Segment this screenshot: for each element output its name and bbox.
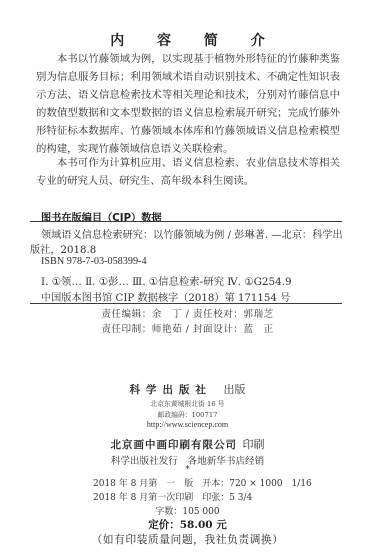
printer-action: 印刷 (243, 438, 265, 451)
word-count: 字数：105 000 (0, 504, 375, 517)
cip-classification: Ⅰ. ①领… Ⅱ. ①彭… Ⅲ. ①信息检索-研究 Ⅳ. ①G254.9 (41, 273, 292, 288)
cip-entry-line-2: 版社，2018.8 (30, 241, 96, 256)
cip-bottom-divider (30, 303, 342, 304)
publisher-action: 出版 (224, 384, 246, 396)
printer-line: 北京画中画印刷有限公司 印刷 (0, 436, 375, 452)
publisher-website: http://www.sciencep.com (0, 420, 375, 429)
publisher-name: 科学出版社 (130, 384, 213, 396)
publisher-postcode: 邮政编码：100717 (0, 409, 375, 419)
printer-name: 北京画中画印刷有限公司 (111, 439, 238, 451)
responsibility-production: 责任印制：师艳茹 / 封面设计：蓝 正 (0, 321, 375, 335)
responsibility-editors: 责任编辑：余 丁 / 责任校对：郭瑞芝 (0, 306, 375, 320)
summary-paragraph-2: 本书可作为计算机应用、语义信息检索、农业信息技术等相关专业的研究人员、研究生、高… (36, 154, 340, 190)
summary-title: 内 容 简 介 (0, 30, 375, 50)
cip-number: 中国版本图书馆 CIP 数据核字（2018）第 171154 号 (41, 289, 290, 304)
price: 定价：58.00 元 (0, 517, 375, 532)
cip-entry-line-1: 领域语义信息检索研究：以竹藤领域为例 / 彭琳著. —北京：科学出 (41, 226, 343, 241)
quality-notice: （如有印装质量问题，我社负责调换） (0, 532, 375, 547)
edition-line-2: 2018 年 8 月第一次印刷 印张：5 3/4 (93, 490, 252, 503)
publisher-address: 北京东黄城根北街 16 号 (0, 398, 375, 408)
cip-isbn: ISBN 978-7-03-058399-4 (41, 256, 147, 267)
summary-paragraph-1: 本书以竹藤领域为例，以实现基于植物外形特征的竹藤种类鉴别为信息服务目标；利用领域… (36, 50, 340, 158)
separator-asterisk: * (0, 465, 375, 475)
cip-top-divider (30, 221, 342, 222)
edition-line-1: 2018 年 8 月第 一 版 开本：720 × 1000 1/16 (93, 476, 312, 489)
publisher-line: 科学出版社 出版 (0, 381, 375, 397)
